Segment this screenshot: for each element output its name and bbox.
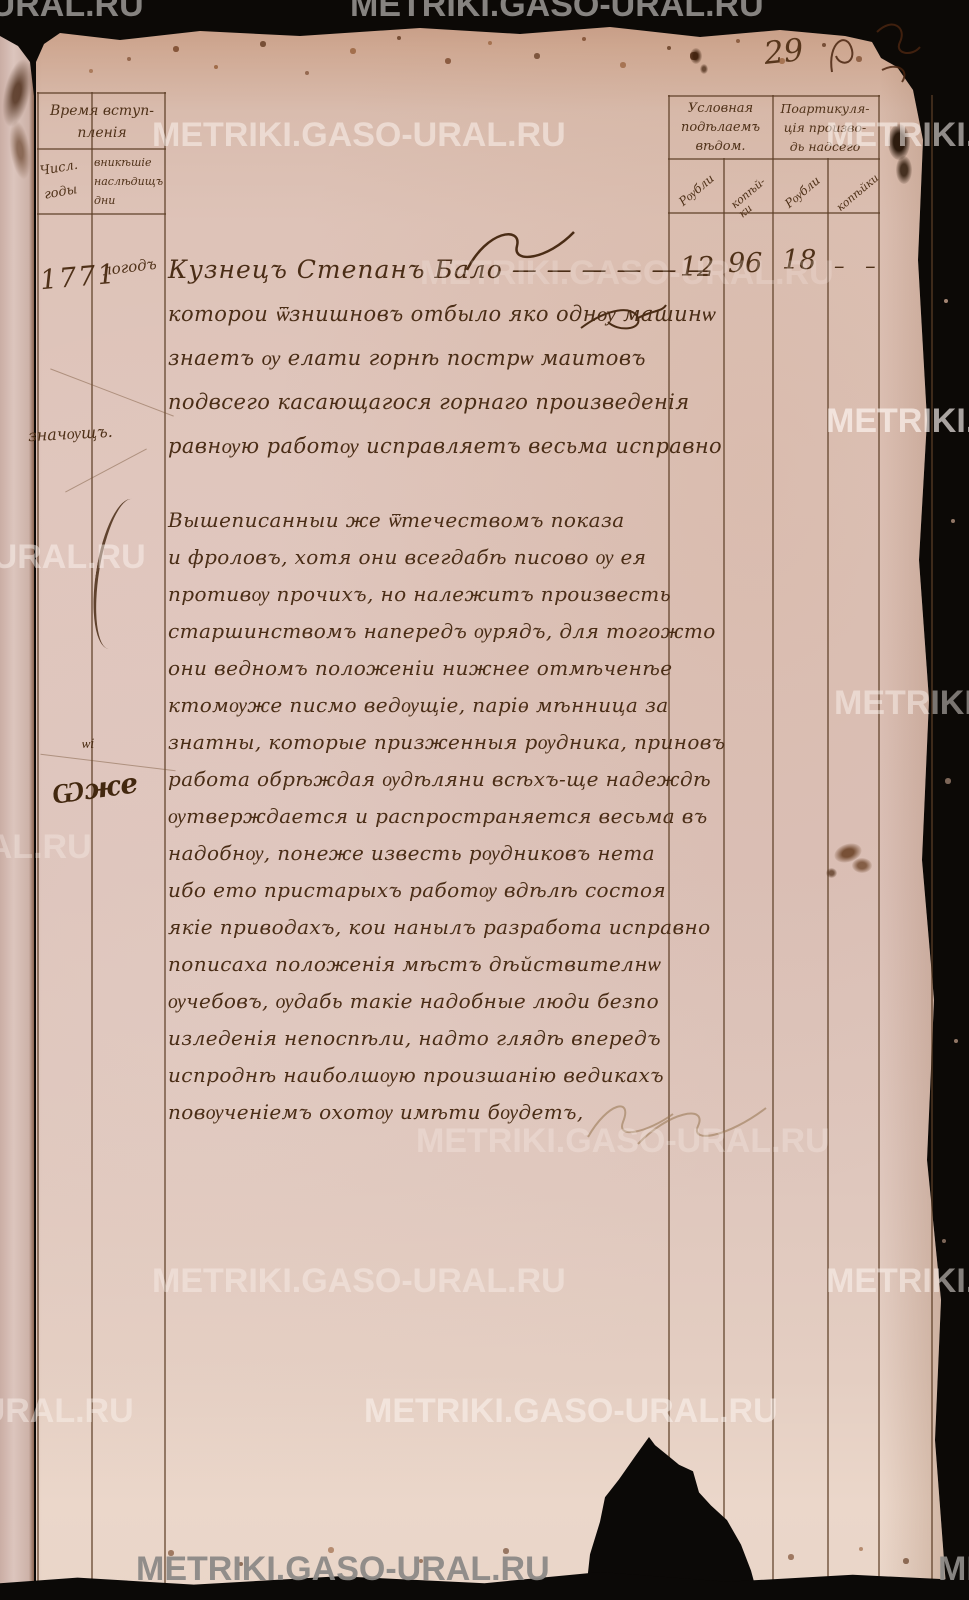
table-rule-vertical	[91, 92, 93, 1583]
table-rule-vertical	[723, 158, 725, 1583]
manuscript-line: ѹчебовъ, ѹдабь такіе надобные люди безпо	[168, 983, 673, 1020]
value-rubles-2: 18	[782, 245, 816, 276]
ink-blot	[896, 156, 912, 184]
manuscript-line: Кузнецъ Степанъ Бало — — — — — —	[168, 248, 673, 292]
table-rule-vertical	[931, 95, 933, 1583]
manuscript-line: пописаха положенія мѣстъ дѣйствителнѡ	[168, 946, 673, 983]
brown-stain	[690, 48, 702, 64]
manuscript-line: знатны, которые призженныя рѹдника, прин…	[168, 724, 673, 761]
watermark: METRIKI.GASO-URAL.RU	[0, 0, 144, 25]
table-rule-horizontal	[37, 213, 166, 215]
ink-blot	[888, 124, 910, 160]
paragraph-2: Вышеписанныи же ѿтечествомъ показаи фрол…	[168, 502, 673, 1131]
manuscript-line: и фроловъ, хотя они всегдабѣ писово ѹ ея	[168, 539, 673, 576]
table-rule-horizontal	[37, 148, 166, 150]
manuscript-line: изледенія непоспѣли, надто глядѣ впередъ	[168, 1020, 673, 1057]
paper-specks-bottom	[0, 0, 2, 2]
manuscript-line: подвсего касающагося горнаго произведені…	[168, 380, 673, 424]
left-header-years: Числ. годы	[38, 152, 92, 207]
previous-page-edge	[0, 36, 34, 1600]
manuscript-line: ктомѹже писмо ведѹщіе, паріѳ мѣнница за	[168, 687, 673, 724]
manuscript-line: противѹ прочихъ, но належитъ произвесть	[168, 576, 673, 613]
ink-squiggle	[822, 12, 932, 94]
margin-note-small: ѡі	[82, 736, 94, 752]
manuscript-line: якіе приводахъ, кои нанылъ разработа исп…	[168, 909, 673, 946]
manuscript-line: работа обрѣждая ѹдѣляни всѣхъ-ще надеждѣ	[168, 761, 673, 798]
brown-stain	[700, 64, 708, 74]
table-rule-horizontal	[37, 92, 166, 94]
watermark: METRIKI.GASO-URAL.RU	[350, 0, 764, 25]
manuscript-line: надобнѹ, понеже известь рѹдниковъ нета	[168, 835, 673, 872]
brown-stain	[852, 858, 872, 873]
manuscript-line: Вышеписанныи же ѿтечествомъ показа	[168, 502, 673, 539]
right-header-salary: Условная подѣлаемъ вѣдом.	[672, 99, 769, 156]
brown-stain	[826, 868, 837, 878]
table-rule-horizontal	[668, 212, 880, 214]
pen-flourish	[578, 300, 670, 336]
table-rule-horizontal	[668, 95, 880, 97]
value-kopecks-2: – –	[834, 254, 883, 278]
scan-stage: Время вступ- пленія Числ. годы вникѣшіе …	[0, 0, 969, 1600]
table-rule-vertical	[37, 92, 39, 1583]
left-header-days: вникѣшіе наслѣдищъ дни	[94, 153, 162, 210]
left-header-period: Время вступ- пленія	[44, 100, 160, 144]
table-rule-vertical	[772, 95, 774, 1583]
manuscript-line: ибо ето пристарыхъ работѹ вдѣлѣ состоя	[168, 872, 673, 909]
manuscript-line: ѹтверждается и распространяется весьма в…	[168, 798, 673, 835]
table-rule-vertical	[164, 92, 166, 1583]
pen-flourish	[462, 224, 582, 276]
page-number: 29	[762, 32, 805, 72]
value-kopecks-1: 96	[728, 248, 762, 279]
manuscript-line: знаетъ ѹ елати горнѣ пострѡ маитовъ	[168, 336, 673, 380]
signature-scribble	[578, 1082, 783, 1152]
manuscript-line: равнѹю работѹ исправляетъ весьма исправн…	[168, 424, 673, 468]
right-header-production: Поартикуля- ція произво- дь надсего	[774, 99, 876, 156]
table-rule-vertical	[878, 95, 880, 1583]
manuscript-line: они ведномъ положеніи нижнее отмѣченѣе	[168, 650, 673, 687]
table-rule-horizontal	[668, 158, 880, 160]
manuscript-line: старшинствомъ напередъ ѹрядъ, для тогожт…	[168, 613, 673, 650]
paragraph-1: Кузнецъ Степанъ Бало — — — — — —которои …	[168, 248, 673, 468]
